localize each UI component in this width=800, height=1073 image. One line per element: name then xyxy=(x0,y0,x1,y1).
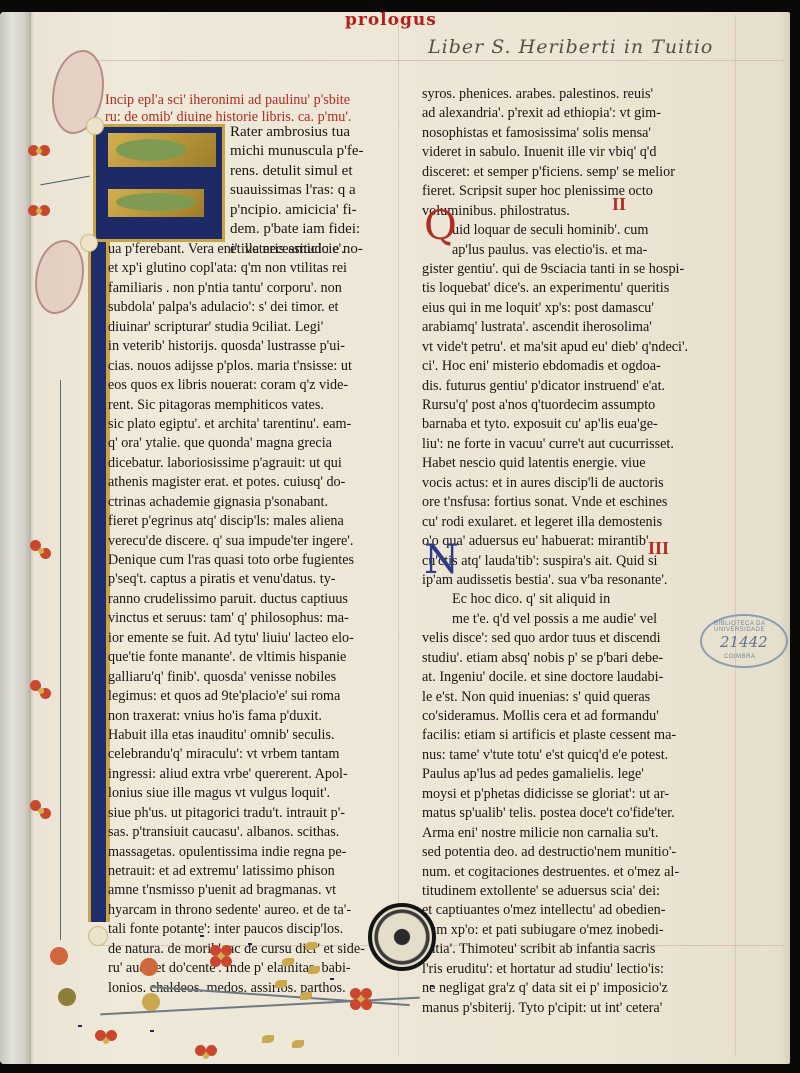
red-flower-icon xyxy=(28,140,50,162)
red-flower-icon xyxy=(28,200,50,222)
text-line: dicebatur. laboriosissime p'agrauit: ut … xyxy=(108,454,400,473)
text-line: legimus: et quos ad 9te'placio'e' sui ro… xyxy=(108,687,400,706)
text-line: vt vide't petru'. et ma'sit apud eu' die… xyxy=(422,338,712,357)
red-flower-icon xyxy=(30,540,52,562)
blue-sprig-icon xyxy=(248,943,252,945)
text-line: galliaru'q' finib'. quosda' venisse nobi… xyxy=(108,668,400,687)
text-line: Rursu'q' post a'nos q'tuordecim assumpto xyxy=(422,396,712,415)
text-line: barnaba et tyto. exposuit cu' ap'lis eua… xyxy=(422,415,712,434)
blue-sprig-icon xyxy=(430,985,434,987)
text-line: ior emente se fuit. Ad tytu' liuiu' lact… xyxy=(108,629,400,648)
text-line: de natura. de morib'. ac de cursu dier' … xyxy=(108,940,400,959)
text-line: rens. detulit simul et xyxy=(230,162,364,181)
text-line: sas. p'transiuit caucasu'. albanos. scit… xyxy=(108,823,400,842)
text-line: sic plato egiptu'. et archita' tarentinu… xyxy=(108,415,400,434)
text-line: vinctus et seruus: tam' q' philosophus: … xyxy=(108,609,400,628)
text-line: Habet nescio quid latentis energie. viue xyxy=(422,454,712,473)
text-line: at. Ingeniu' docile. et sine doctore lau… xyxy=(422,668,712,687)
text-line: num. et cogitaciones destruentes. et o'm… xyxy=(422,863,712,882)
text-line: in veterib' historijs. quosda' lustrasse… xyxy=(108,337,400,356)
university-seal-stamp-icon xyxy=(368,903,436,971)
text-line: cias. nouos adijsse p'plos. maria t'nsis… xyxy=(108,357,400,376)
text-line: lonius siue ille magus vt vulgus loquit'… xyxy=(108,784,400,803)
text-line: q' ora' ytalie. que quonda' magna grecia xyxy=(108,434,400,453)
text-line: tis loquebat' dice's. an experimentu' qu… xyxy=(422,279,712,298)
vine-stem-icon xyxy=(60,380,61,940)
text-line: michi munuscula p'fe- xyxy=(230,142,364,161)
page-fold-gutter xyxy=(0,12,31,1064)
column-a-top-text: Rater ambrosius tua michi munuscula p'fe… xyxy=(230,123,364,259)
red-flower-icon xyxy=(30,680,52,702)
gold-leaf-icon xyxy=(308,966,320,974)
text-line: ap'lus paulus. vas electio'is. et ma- xyxy=(422,241,712,260)
text-line: vocis actus: et in aures discip'li de au… xyxy=(422,474,712,493)
text-line: et xp'i glutino copl'ata: q'm non vtilit… xyxy=(108,259,400,278)
red-flower-icon xyxy=(195,1045,217,1067)
text-line: Habuit illa etas inauditu' omnib' seculi… xyxy=(108,726,400,745)
text-line: me t'e. q'd vel possis a me audie' vel xyxy=(422,610,712,629)
text-line: ci'. Hoc eni' misterio ebdomadis et ogdo… xyxy=(422,357,712,376)
text-line: non traxerat: vnius ho'is fama p'duxit. xyxy=(108,707,400,726)
text-line: sed potentia deo. ad destructio'nem muni… xyxy=(422,843,712,862)
text-line: eos quos ex libris nouerat: coram q'z vi… xyxy=(108,376,400,395)
text-line: l'ris eruditu': et hortatur ad studiu' l… xyxy=(422,960,712,979)
text-line: arabiamq' lustrata'. ascendit iherosolim… xyxy=(422,318,712,337)
acanthus-leaf-icon xyxy=(116,193,196,211)
gold-leaf-icon xyxy=(275,980,287,988)
text-line: liu': ne forte in vacuu' curre't aut cuc… xyxy=(422,435,712,454)
rubric-incipit: Incip epl'a sci' iheronimi ad paulinu' p… xyxy=(105,92,405,126)
red-flower-icon xyxy=(95,1030,117,1052)
text-line: ctrinas achademie gignasia p'sonabant. xyxy=(108,493,400,512)
text-line: Denique cum l'ras quasi toto orbe fugien… xyxy=(108,551,400,570)
text-line: rent. Sic pitagoras memphiticos vates. xyxy=(108,396,400,415)
blue-sprig-icon xyxy=(200,935,204,937)
text-line: amne t'nsmisso p'uenit ad bragmanas. vt xyxy=(108,881,400,900)
text-line: tali fonte potante': inter paucos discip… xyxy=(108,920,400,939)
text-line: voluminibus. philostratus. xyxy=(422,202,712,221)
gold-leaf-icon xyxy=(282,958,294,966)
text-line: Ec hoc dico. q' sit aliquid in xyxy=(422,590,712,609)
text-line: nosophistas et famosissima' solis mensa' xyxy=(422,124,712,143)
text-line: nus: tame' v'tute totu' e'st quicq'd e'e… xyxy=(422,746,712,765)
text-line: le e'st. Non quid inuenias: s' quid quer… xyxy=(422,688,712,707)
gold-leaf-icon xyxy=(262,1035,274,1043)
text-line: hyarcam in throno sedente' aureo. et de … xyxy=(108,901,400,920)
text-line: cu' rodi exularet. et legeret illa demos… xyxy=(422,513,712,532)
text-line: studiu'. etiam absq' nobis p' se p'bari … xyxy=(422,649,712,668)
text-line: suauissimas l'ras: q a xyxy=(230,181,364,200)
blue-initial-n: N xyxy=(424,540,459,580)
ruling-line-right xyxy=(735,15,736,1055)
rubric-line: Incip epl'a sci' iheronimi ad paulinu' p… xyxy=(105,92,405,109)
text-line: dis. futurus gentiu' p'dicator instruend… xyxy=(422,377,712,396)
orange-orb-icon xyxy=(140,958,158,976)
text-line: diuinar' scripturar' studia 9ciliat. Leg… xyxy=(108,318,400,337)
text-line: athenis magister erat. et potes. cuiusq'… xyxy=(108,473,400,492)
text-line: Arma eni' nostre milicie non carnalia su… xyxy=(422,824,712,843)
text-line: fieret. Scripsit super hoc plenissime oc… xyxy=(422,182,712,201)
text-line: siue ph'us. ut pitagorici tradu't. intra… xyxy=(108,804,400,823)
text-line: manus p'sbiterij. Tyto p'cipit: ut int' … xyxy=(422,999,712,1018)
chapter-mark: II xyxy=(612,194,626,215)
text-line: ua p'ferebant. Vera eni' illa necessitud… xyxy=(108,240,400,259)
text-line: p'seq't. captus a piratis et venu'datus.… xyxy=(108,570,400,589)
gold-knob-icon xyxy=(86,117,104,135)
blue-sprig-icon xyxy=(330,978,334,980)
gold-leaf-icon xyxy=(292,1040,304,1048)
running-title: prologus xyxy=(345,10,437,30)
library-stamp-oval: BIBLIOTECA DA UNIVERSIDADE 21442 COIMBRA xyxy=(700,614,788,668)
handwritten-annotation: Liber S. Heriberti in Tuitio xyxy=(428,36,713,58)
illuminated-initial-f xyxy=(93,124,225,242)
stamp-number: 21442 xyxy=(720,633,768,651)
red-flower-icon xyxy=(350,988,372,1010)
initial-f-stem xyxy=(88,242,110,922)
text-line: subdola' palpa's adulacio': s' dei timor… xyxy=(108,298,400,317)
text-line: Paulus ap'lus ad pedes gamalielis. lege' xyxy=(422,765,712,784)
gold-orb-icon xyxy=(58,988,76,1006)
chapter-mark: III xyxy=(648,538,669,559)
text-line: syros. phenices. arabes. palestinos. reu… xyxy=(422,85,712,104)
acanthus-leaf-icon xyxy=(116,139,186,161)
text-line: videret in sabulo. Inuenit ille vir vbiq… xyxy=(422,143,712,162)
text-line: eius qui in me loquit' xp's: post damasc… xyxy=(422,299,712,318)
text-line: ad alexandria'. p'rexit ad ethiopia': vt… xyxy=(422,104,712,123)
text-line: ingressi: aliud extra vrbe' quererent. A… xyxy=(108,765,400,784)
text-line: familiaris . non p'ntia tantu' corporu'.… xyxy=(108,279,400,298)
red-flower-icon xyxy=(30,800,52,822)
ruling-line-top xyxy=(95,60,785,61)
red-flower-icon xyxy=(210,945,232,967)
blue-sprig-icon xyxy=(150,1030,154,1032)
text-line: fieret p'egrinus atq' discip'ls: males a… xyxy=(108,512,400,531)
gold-orb-icon xyxy=(142,993,160,1011)
text-line: ore t'nsfusa: fortius sonat. Vnde et esc… xyxy=(422,493,712,512)
text-line: ranno crudelissimo paruit. ductus captiu… xyxy=(108,590,400,609)
column-a-text: ua p'ferebant. Vera eni' illa necessitud… xyxy=(108,240,400,998)
text-line: ip'am audissetis bestia'. sua v'ba reson… xyxy=(422,571,712,590)
text-line: massagetas. opulentissima indie regna pe… xyxy=(108,843,400,862)
text-line: que'tie fonte manante'. de vltimis hispa… xyxy=(108,648,400,667)
text-line: p'ncipio. amicicia' fi- xyxy=(230,201,364,220)
text-line: dem. p'bate iam fidei: xyxy=(230,220,364,239)
stamp-text: COIMBRA xyxy=(724,654,756,660)
stamp-text: BIBLIOTECA DA UNIVERSIDADE xyxy=(714,621,786,633)
text-line: verecu'de discere. q' sua impude'ter ing… xyxy=(108,532,400,551)
blue-sprig-icon xyxy=(78,1025,82,1027)
text-line: dum xp'o: et pati subiugare o'mez inobed… xyxy=(422,921,712,940)
gold-knob-icon xyxy=(80,234,98,252)
text-line: celebrandu'q' miraculu': vt vrbem tantam xyxy=(108,745,400,764)
text-line: ne negligat gra'z q' data sit ei p' impo… xyxy=(422,979,712,998)
text-line: gister gentiu'. qui de 9sciacia tanti in… xyxy=(422,260,712,279)
gold-knob-icon xyxy=(88,926,108,946)
text-line: titudinem extollente' se aduersus scia' … xyxy=(422,882,712,901)
gold-leaf-icon xyxy=(305,942,317,950)
red-initial-q: Q xyxy=(424,206,457,246)
text-line: facilis: etiam si artificis et plaste ce… xyxy=(422,726,712,745)
orange-orb-icon xyxy=(50,947,68,965)
text-line: et captiuantes o'mez intellectu' ad obed… xyxy=(422,901,712,920)
text-line: disceret: et semper p'ficiens. semp' se … xyxy=(422,163,712,182)
text-line: uid loquar de seculi hominib'. cum xyxy=(422,221,712,240)
text-line: velis disce': sed quo ardor tuus et disc… xyxy=(422,629,712,648)
text-line: netrauit: et ad extremu' latissimo phiso… xyxy=(108,862,400,881)
text-line: entia'. Thimoteu' scribit ab infantia sa… xyxy=(422,940,712,959)
text-line: matus sp'ualib' telis. postea doce't co'… xyxy=(422,804,712,823)
text-line: Rater ambrosius tua xyxy=(230,123,364,142)
gold-leaf-icon xyxy=(300,992,312,1000)
text-line: moysi et p'phetas didicisse se gloriat':… xyxy=(422,785,712,804)
text-line: co'sideramus. Mollis cera et ad formandu… xyxy=(422,707,712,726)
